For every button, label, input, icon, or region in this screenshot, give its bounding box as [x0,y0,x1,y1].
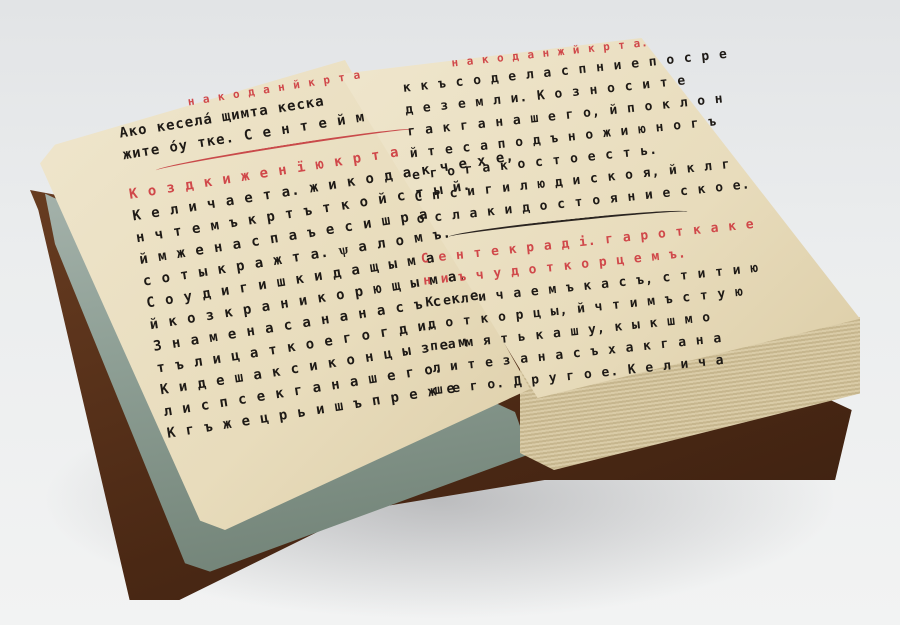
right-page-text: н а к о д а н ж й к р т а. к к ъ с о д е… [400,29,734,402]
photo-scene: н а к о д а н й к р т а Ако кесела́ щимт… [0,0,900,625]
